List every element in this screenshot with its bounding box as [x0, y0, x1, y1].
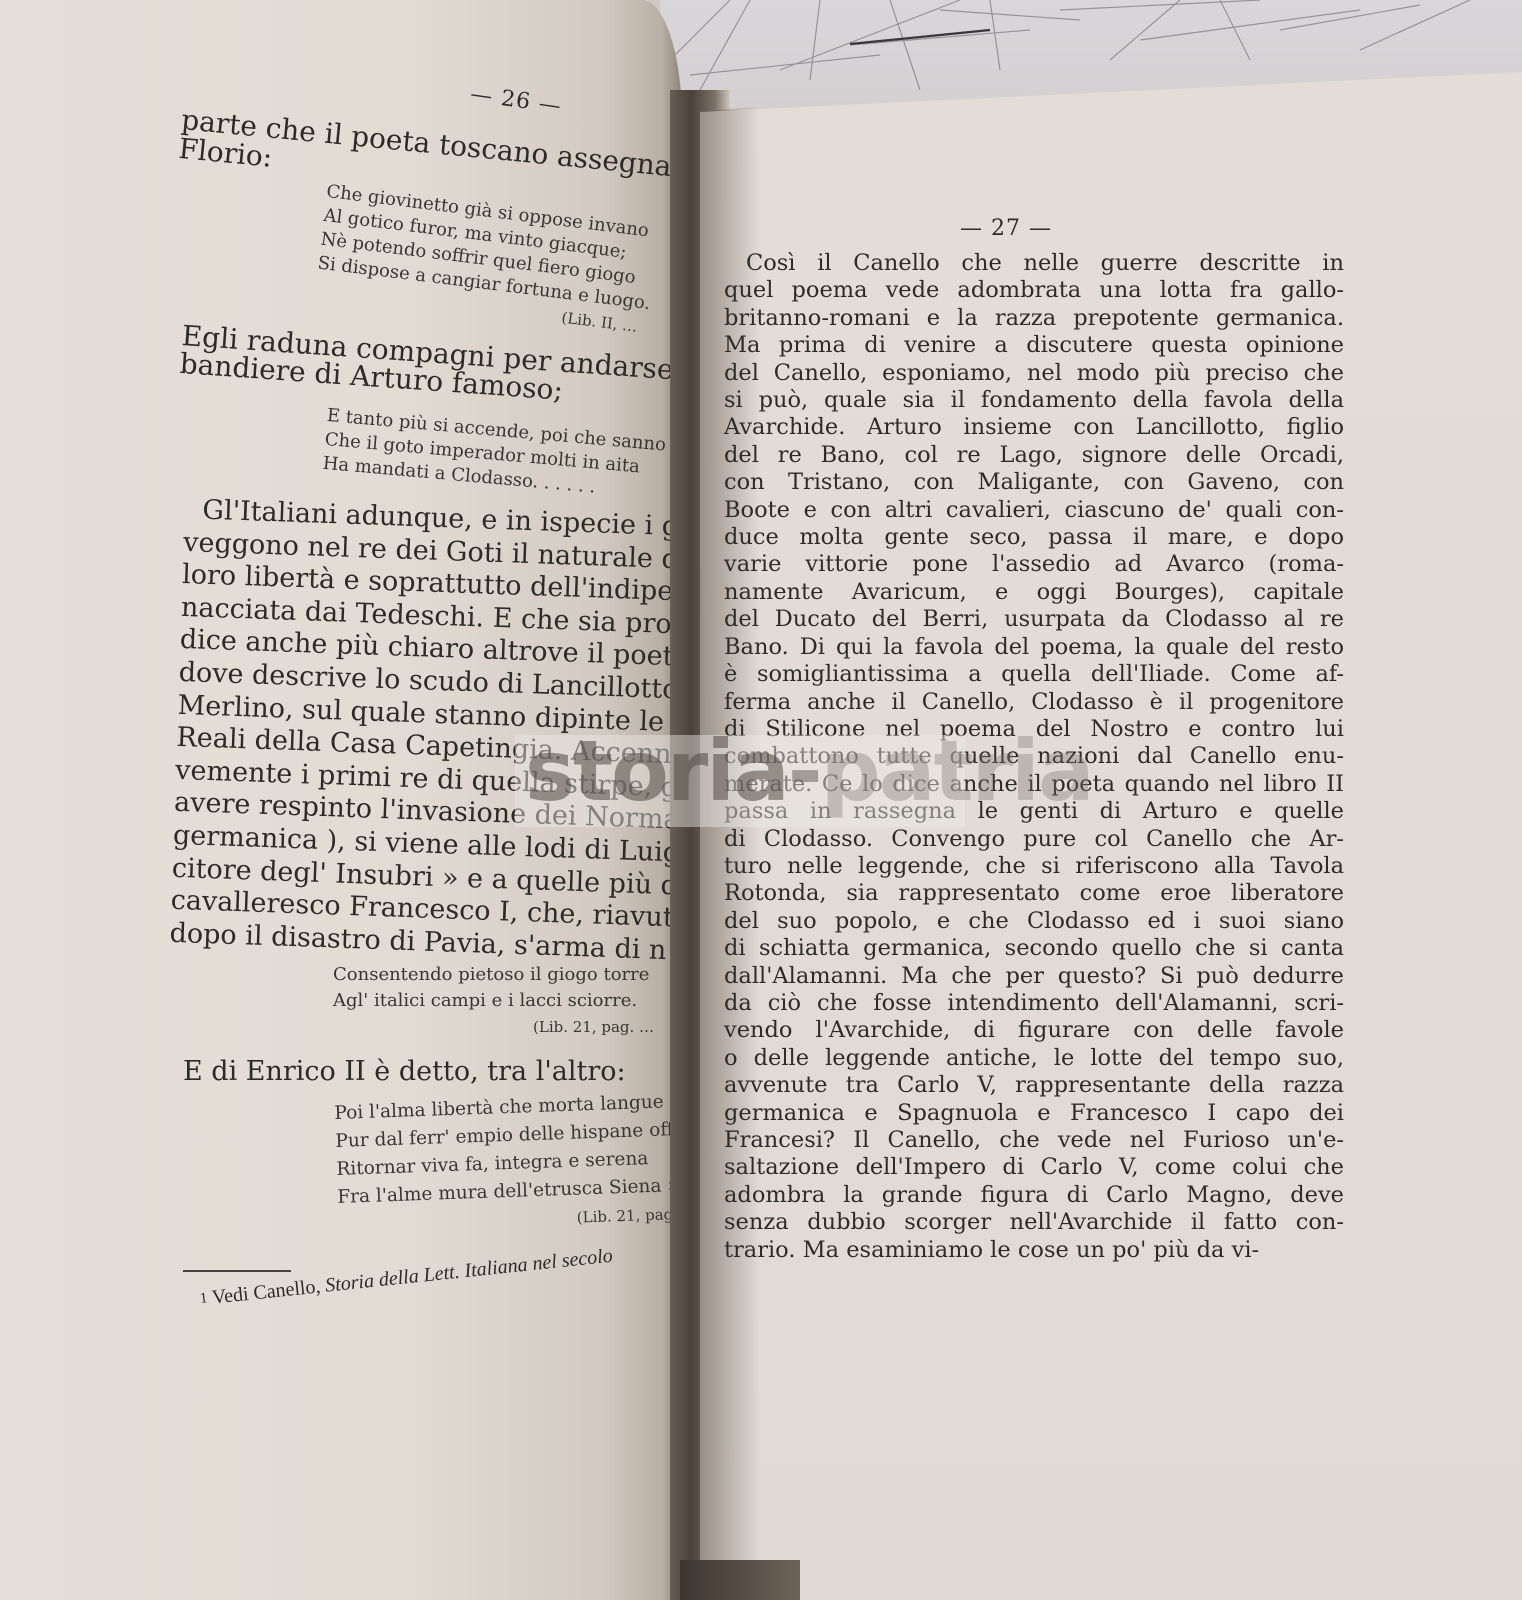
book-spine-shadow	[680, 1560, 800, 1600]
watermark: storia-patria	[525, 722, 1093, 820]
page-number-right: — 27 —	[960, 216, 1052, 241]
footnote: 1 Vedi Canello, Storia della Lett. Itali…	[199, 1245, 614, 1311]
footnote-divider	[183, 1270, 291, 1272]
watermark-word-2: patria	[821, 722, 1093, 820]
footnote-title: Storia della Lett. Italiana nel secolo	[324, 1245, 614, 1297]
footnote-marker: 1	[199, 1290, 208, 1307]
page-number-left: — 26 —	[469, 82, 564, 120]
left-verse-3: Consentendo pietoso il giogo torre Agl' …	[333, 962, 664, 1040]
left-verse-4: Poi l'alma libertà che morta langue Pur …	[334, 1087, 682, 1240]
left-paragraph-4: E di Enrico II è detto, tra l'altro:	[183, 1056, 626, 1087]
watermark-word-1: storia	[525, 722, 788, 820]
footnote-prefix: Vedi Canello,	[211, 1275, 322, 1308]
left-verse-2: E tanto più si accende, poi che sanno Ch…	[322, 404, 667, 505]
watermark-separator: -	[788, 722, 821, 820]
